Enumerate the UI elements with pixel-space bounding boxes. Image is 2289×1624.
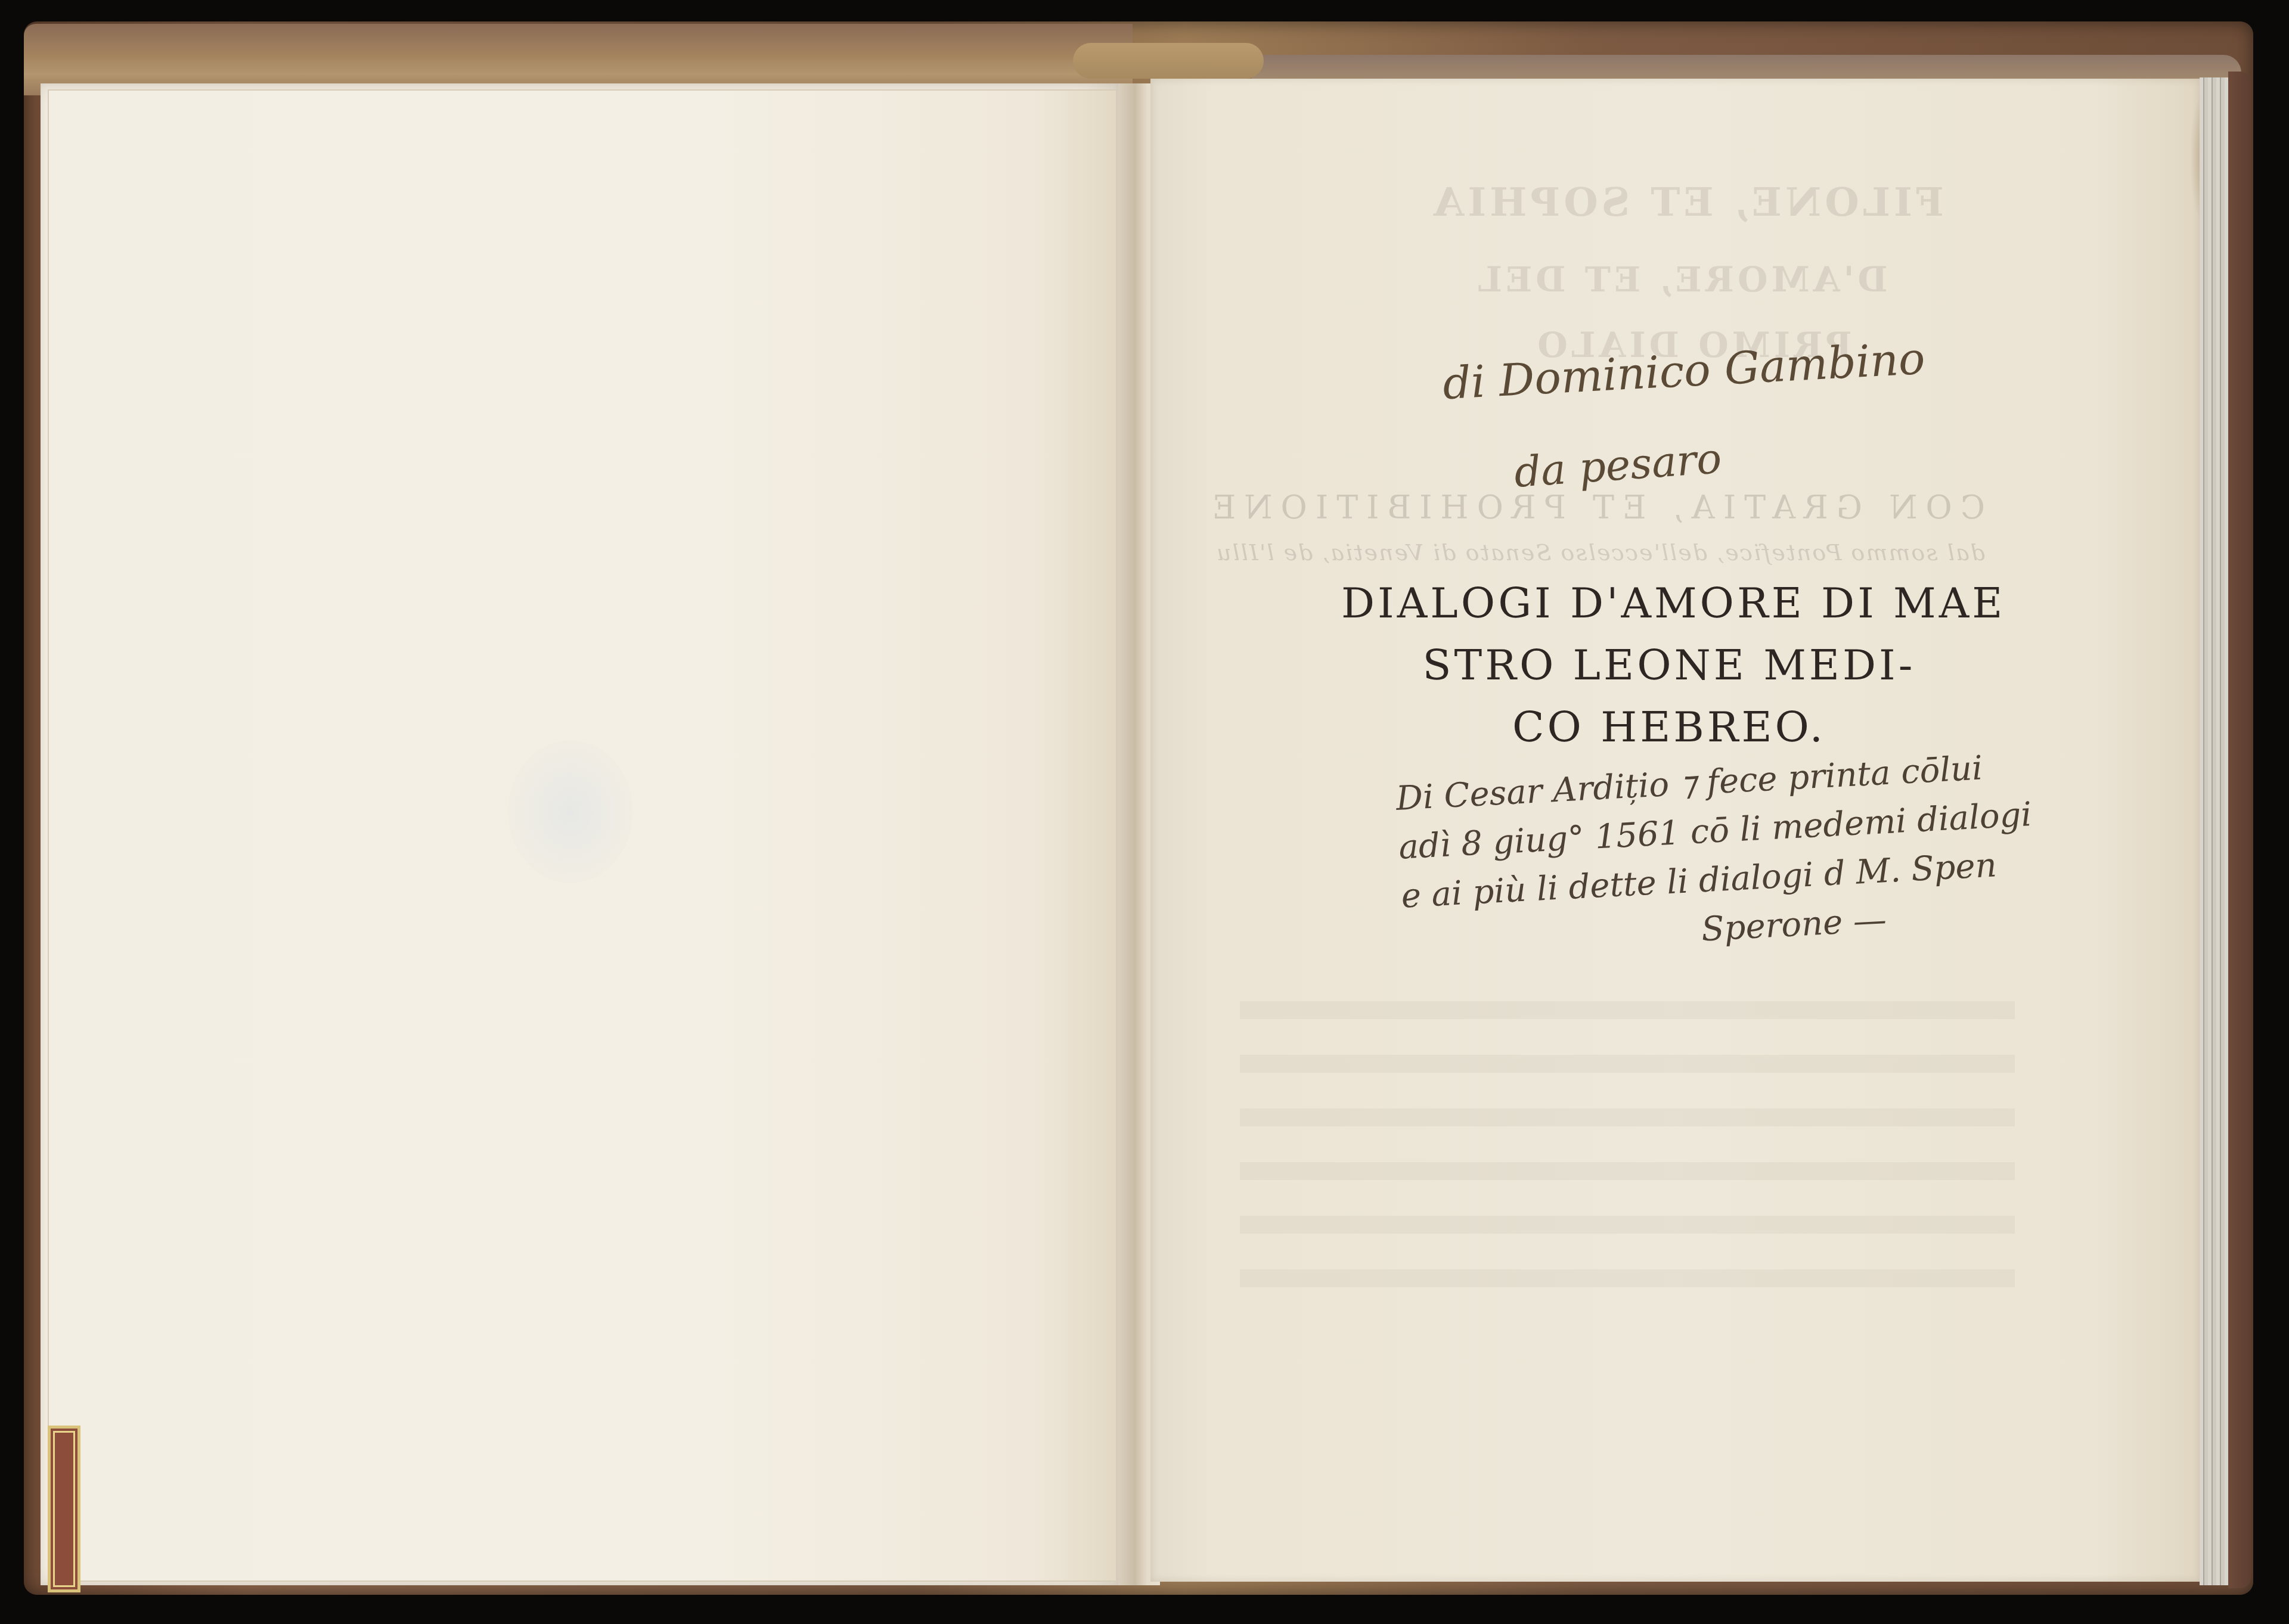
gilt-corner-label [48,1426,80,1592]
title-line: STRO LEONE MEDI- [1341,634,1997,696]
show-through-oval [508,740,633,883]
bleed-through-line: CON GRATIA, ET PROHIBITIONE [1264,489,1985,526]
left-page [48,89,1117,1582]
bleed-through-body-text [1240,977,2015,1311]
binding-fore-edge [2228,72,2251,1588]
page-block-edges [2200,77,2228,1585]
bleed-through-line: D'AMORE, ET DEL [1347,259,2015,300]
title-line: DIALOGI D'AMORE DI MAE [1341,572,1997,634]
spine-headcap [1073,43,1264,79]
bleed-through-line: dal sommo Pontefice, dell'eccelso Senato… [1270,539,1985,566]
printed-title: DIALOGI D'AMORE DI MAE STRO LEONE MEDI- … [1341,572,1997,758]
bleed-through-line: FILONE, ET SOPHIA [1311,179,2062,225]
manuscript-note: Di Cesar Ardițio ⁊ fece printa cōlui adì… [1395,741,2038,970]
